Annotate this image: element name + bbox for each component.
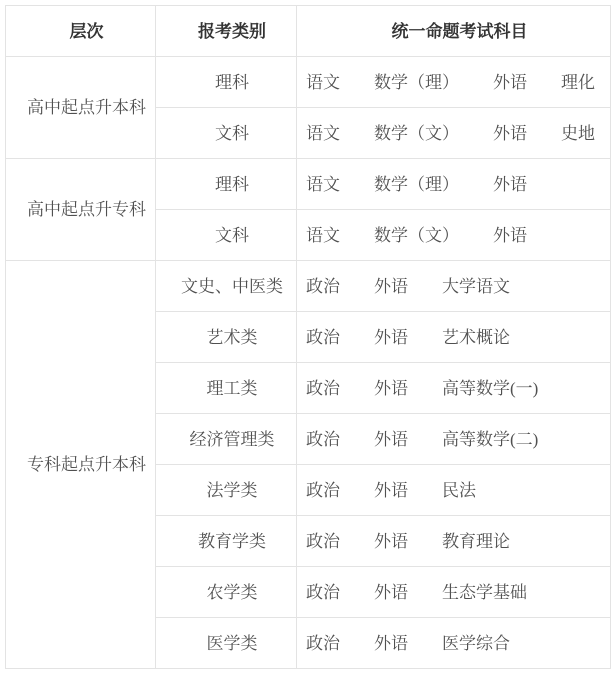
subject-item: 语文 bbox=[306, 125, 340, 142]
subject-item: 外语 bbox=[374, 329, 408, 346]
header-subjects: 统一命题考试科目 bbox=[297, 6, 611, 57]
category-cell: 理科 bbox=[156, 159, 297, 210]
subject-item: 外语 bbox=[493, 125, 527, 142]
category-cell: 经济管理类 bbox=[156, 414, 297, 465]
subject-item: 生态学基础 bbox=[442, 584, 527, 601]
subjects-cell: 语文数学（理）外语理化 bbox=[297, 57, 611, 108]
subject-item: 外语 bbox=[374, 635, 408, 652]
subject-item: 外语 bbox=[493, 74, 527, 91]
exam-table-body: 高中起点升本科理科语文数学（理）外语理化文科语文数学（文）外语史地高中起点升专科… bbox=[6, 57, 611, 669]
category-cell: 法学类 bbox=[156, 465, 297, 516]
subjects-cell: 政治外语生态学基础 bbox=[297, 567, 611, 618]
subject-item: 政治 bbox=[306, 278, 340, 295]
subjects-list: 政治外语艺术概论 bbox=[306, 329, 610, 346]
category-cell: 农学类 bbox=[156, 567, 297, 618]
exam-subjects-table: 层次 报考类别 统一命题考试科目 高中起点升本科理科语文数学（理）外语理化文科语… bbox=[5, 5, 611, 669]
subject-item: 外语 bbox=[374, 278, 408, 295]
subjects-list: 语文数学（理）外语 bbox=[306, 176, 610, 193]
subject-item: 高等数学(二) bbox=[442, 431, 538, 448]
subjects-list: 语文数学（理）外语理化 bbox=[306, 74, 610, 91]
subject-item: 政治 bbox=[306, 329, 340, 346]
level-cell: 高中起点升专科 bbox=[6, 159, 156, 261]
subject-item: 医学综合 bbox=[442, 635, 510, 652]
subject-item: 政治 bbox=[306, 533, 340, 550]
subject-item: 政治 bbox=[306, 635, 340, 652]
subject-item: 数学（文） bbox=[374, 227, 459, 244]
subject-item: 外语 bbox=[374, 380, 408, 397]
header-level: 层次 bbox=[6, 6, 156, 57]
subjects-list: 政治外语高等数学(二) bbox=[306, 431, 610, 448]
subjects-list: 语文数学（文）外语 bbox=[306, 227, 610, 244]
subject-item: 教育理论 bbox=[442, 533, 510, 550]
subjects-cell: 政治外语高等数学(一) bbox=[297, 363, 611, 414]
subjects-cell: 政治外语教育理论 bbox=[297, 516, 611, 567]
subjects-list: 语文数学（文）外语史地 bbox=[306, 125, 610, 142]
subject-item: 理化 bbox=[561, 74, 595, 91]
level-cell: 专科起点升本科 bbox=[6, 261, 156, 669]
subjects-list: 政治外语大学语文 bbox=[306, 278, 610, 295]
subjects-list: 政治外语教育理论 bbox=[306, 533, 610, 550]
subject-item: 外语 bbox=[374, 431, 408, 448]
header-row: 层次 报考类别 统一命题考试科目 bbox=[6, 6, 611, 57]
subject-item: 艺术概论 bbox=[442, 329, 510, 346]
category-cell: 文科 bbox=[156, 108, 297, 159]
subject-item: 语文 bbox=[306, 74, 340, 91]
subject-item: 政治 bbox=[306, 380, 340, 397]
subject-item: 数学（文） bbox=[374, 125, 459, 142]
header-category: 报考类别 bbox=[156, 6, 297, 57]
category-cell: 艺术类 bbox=[156, 312, 297, 363]
subject-item: 外语 bbox=[493, 176, 527, 193]
subject-item: 外语 bbox=[374, 482, 408, 499]
category-cell: 医学类 bbox=[156, 618, 297, 669]
subject-item: 政治 bbox=[306, 482, 340, 499]
subject-item: 数学（理） bbox=[374, 176, 459, 193]
subject-item: 数学（理） bbox=[374, 74, 459, 91]
subject-item: 语文 bbox=[306, 176, 340, 193]
category-cell: 理工类 bbox=[156, 363, 297, 414]
category-cell: 教育学类 bbox=[156, 516, 297, 567]
subject-item: 外语 bbox=[493, 227, 527, 244]
subject-item: 史地 bbox=[561, 125, 595, 142]
category-cell: 文科 bbox=[156, 210, 297, 261]
subject-item: 语文 bbox=[306, 227, 340, 244]
subject-item: 外语 bbox=[374, 533, 408, 550]
subjects-cell: 政治外语医学综合 bbox=[297, 618, 611, 669]
subjects-cell: 语文数学（文）外语 bbox=[297, 210, 611, 261]
subjects-cell: 语文数学（文）外语史地 bbox=[297, 108, 611, 159]
subject-item: 政治 bbox=[306, 584, 340, 601]
subjects-cell: 政治外语高等数学(二) bbox=[297, 414, 611, 465]
subject-item: 政治 bbox=[306, 431, 340, 448]
subject-item: 外语 bbox=[374, 584, 408, 601]
subject-item: 民法 bbox=[442, 482, 476, 499]
subject-item: 大学语文 bbox=[442, 278, 510, 295]
level-cell: 高中起点升本科 bbox=[6, 57, 156, 159]
category-cell: 文史、中医类 bbox=[156, 261, 297, 312]
subjects-list: 政治外语医学综合 bbox=[306, 635, 610, 652]
subjects-cell: 政治外语民法 bbox=[297, 465, 611, 516]
subject-item: 高等数学(一) bbox=[442, 380, 538, 397]
table-row: 专科起点升本科文史、中医类政治外语大学语文 bbox=[6, 261, 611, 312]
subjects-cell: 政治外语大学语文 bbox=[297, 261, 611, 312]
subjects-list: 政治外语生态学基础 bbox=[306, 584, 610, 601]
subjects-list: 政治外语高等数学(一) bbox=[306, 380, 610, 397]
table-row: 高中起点升本科理科语文数学（理）外语理化 bbox=[6, 57, 611, 108]
category-cell: 理科 bbox=[156, 57, 297, 108]
subjects-cell: 语文数学（理）外语 bbox=[297, 159, 611, 210]
subjects-list: 政治外语民法 bbox=[306, 482, 610, 499]
subjects-cell: 政治外语艺术概论 bbox=[297, 312, 611, 363]
table-row: 高中起点升专科理科语文数学（理）外语 bbox=[6, 159, 611, 210]
